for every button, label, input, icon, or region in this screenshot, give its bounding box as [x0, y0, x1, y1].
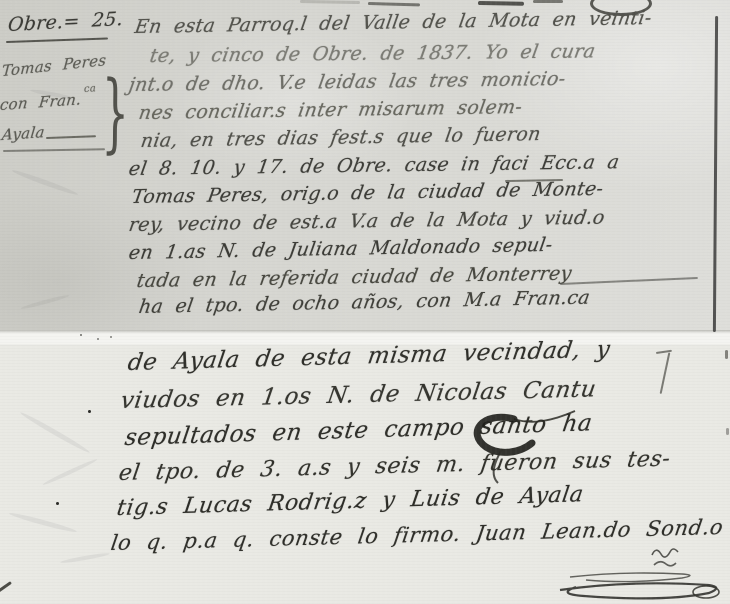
record-line: te, y cinco de Obre. de 1837. Yo el cura: [148, 40, 597, 67]
bold-crescent-flourish: [452, 403, 582, 488]
margin-bride-name: Ayala: [1, 123, 46, 144]
cropped-writing-fragment: [478, 1, 524, 6]
cropped-writing-fragment: [533, 0, 563, 3]
margin-brace: }: [101, 70, 129, 157]
signature-rubric-flourish: [548, 543, 730, 603]
ink-dot: [110, 336, 112, 338]
margin-superscript: ca: [84, 83, 97, 95]
scanned-parish-record-page: Obre.= 25. Tomas Peres con Fran. ca Ayal…: [0, 0, 730, 604]
ink-dot: [97, 338, 99, 340]
page-edge-nick: [726, 428, 729, 435]
ink-dot: [88, 410, 91, 413]
ink-dot: [56, 502, 59, 505]
ink-dot: [80, 334, 82, 336]
page-edge-nick: [725, 350, 728, 359]
